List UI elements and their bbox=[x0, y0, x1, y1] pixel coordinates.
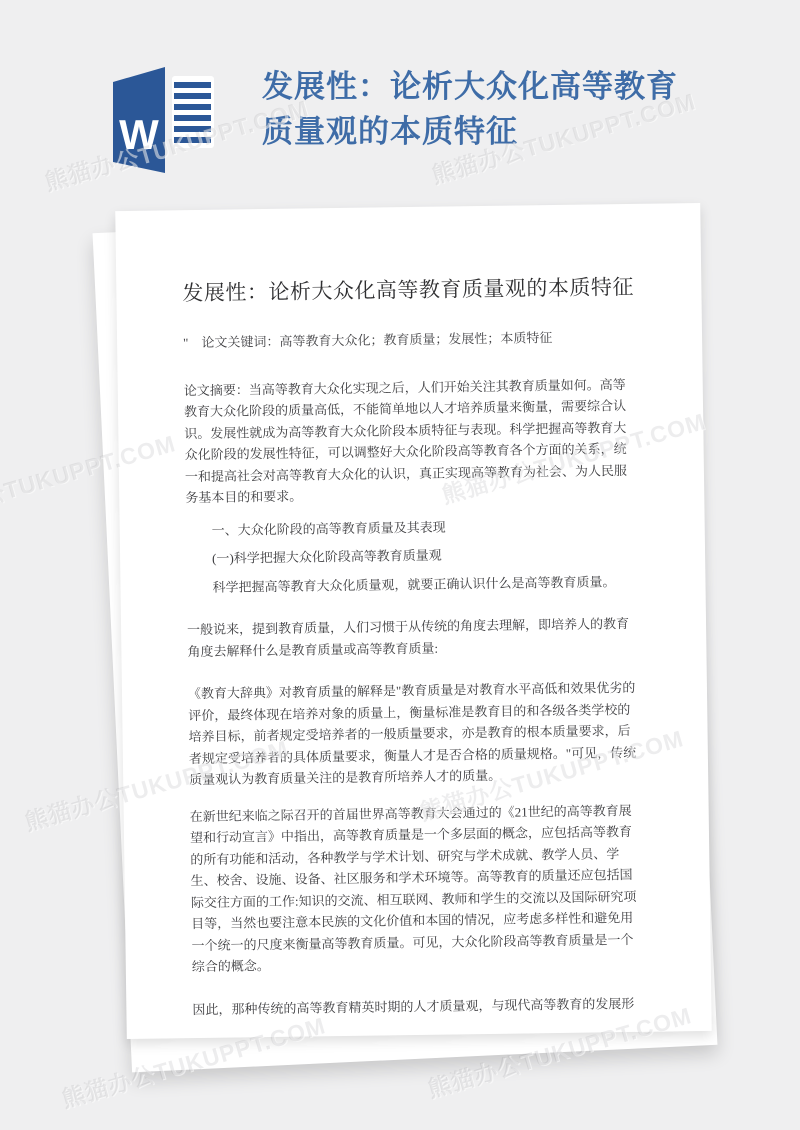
document-preview-page: 发展性：论析大众化高等教育质量观的本质特征 " 论文关键词：高等教育大众化；教育… bbox=[115, 203, 712, 1039]
document-section-heading: 一、大众化阶段的高等教育质量及其表现 bbox=[186, 513, 639, 541]
page-title-line1: 发展性：论析大众化高等教育 bbox=[262, 64, 732, 109]
document-paragraph: 论文摘要：当高等教育大众化实现之后，人们开始关注其教育质量如何。高等教育大众化阶… bbox=[184, 373, 639, 508]
document-paragraph: 在新世纪来临之际召开的首届世界高等教育大会通过的《21世纪的高等教育展望和行动宣… bbox=[190, 799, 645, 977]
word-icon-letter: W bbox=[119, 111, 159, 158]
page-title-line2: 质量观的本质特征 bbox=[262, 109, 732, 154]
page-title: 发展性：论析大众化高等教育 质量观的本质特征 bbox=[262, 64, 732, 154]
word-file-icon: W bbox=[113, 62, 218, 177]
document-paragraph: 科学把握高等教育大众化质量观，就要正确认识什么是高等教育质量。 bbox=[186, 570, 639, 598]
document-keywords: " 论文关键词：高等教育大众化；教育质量；发展性；本质特征 bbox=[183, 326, 636, 354]
page-background: W 发展性：论析大众化高等教育 质量观的本质特征 发展性：论析大众化高等教育质量… bbox=[0, 0, 800, 1130]
document-title: 发展性：论析大众化高等教育质量观的本质特征 bbox=[182, 273, 635, 308]
document-subsection-heading: (一)科学把握大众化阶段高等教育质量观 bbox=[186, 542, 639, 570]
document-paragraph: 因此，那种传统的高等教育精英时期的人才质量观，与现代高等教育的发展形 bbox=[192, 992, 645, 1020]
document-paragraph: 一般说来，提到教育质量，人们习惯于从传统的角度去理解，即培养人的教育角度去解释什… bbox=[187, 613, 641, 662]
document-paragraph: 《教育大辞典》对教育质量的解释是"教育质量是对教育水平高低和效果优劣的评价，最终… bbox=[188, 677, 642, 791]
header: W 发展性：论析大众化高等教育 质量观的本质特征 bbox=[0, 0, 800, 200]
